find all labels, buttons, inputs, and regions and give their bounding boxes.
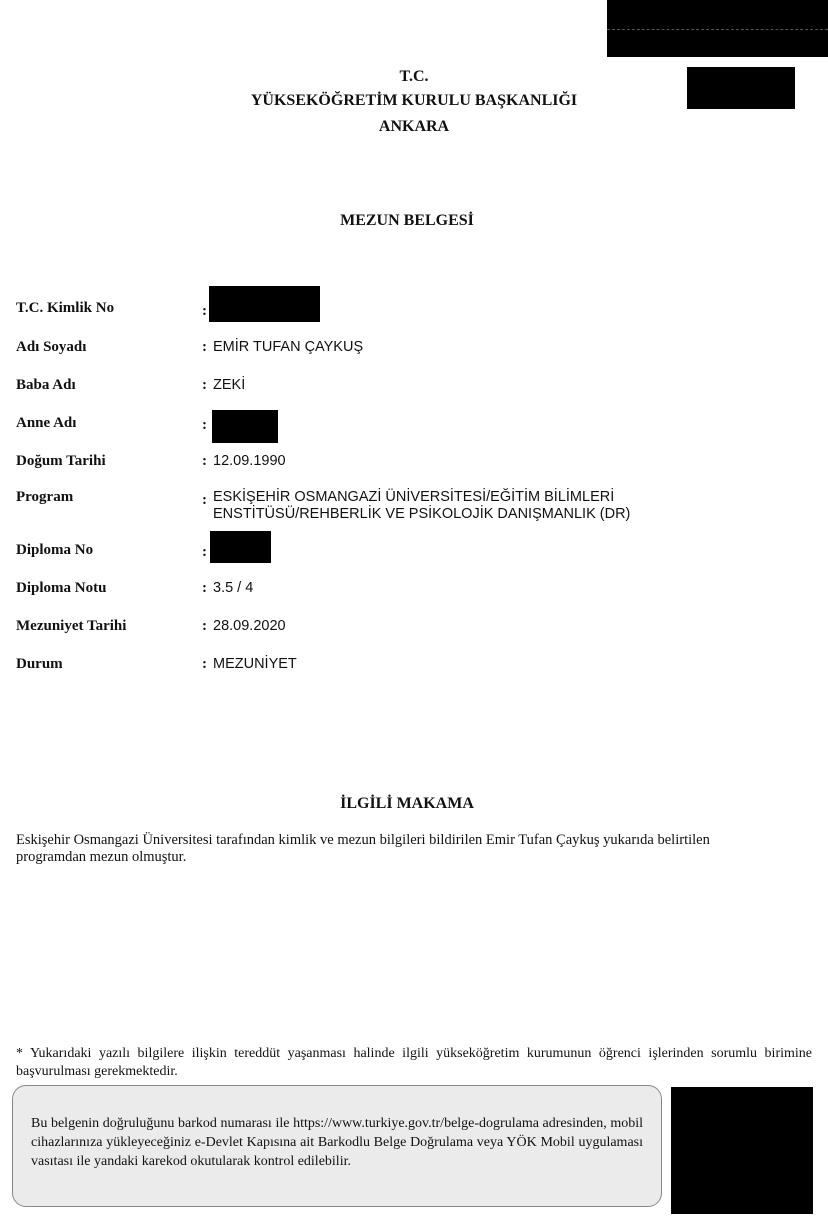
field-colon: : [202,492,207,509]
header-city: ANKARA [0,118,828,136]
field-label: Baba Adı [16,377,201,394]
field-colon: : [202,453,207,470]
field-colon: : [202,656,207,673]
field-value: 3.5 / 4 [213,580,253,596]
header-institution: YÜKSEKÖĞRETİM KURULU BAŞKANLIĞI [0,92,828,110]
field-value: MEZUNİYET [213,656,297,672]
field-value: ZEKİ [213,377,245,393]
field-colon: : [202,544,207,561]
field-value: 28.09.2020 [213,618,286,634]
field-label: Doğum Tarihi [16,453,201,470]
field-label: Program [16,489,201,506]
verification-box: Bu belgenin doğruluğunu barkod numarası … [12,1085,662,1207]
redacted-tc-kimlik [209,286,320,322]
field-label: Adı Soyadı [16,339,201,356]
field-colon: : [202,303,207,320]
field-value: EMİR TUFAN ÇAYKUŞ [213,339,363,355]
header-tc: T.C. [0,68,828,86]
field-colon: : [202,580,207,597]
field-label: Durum [16,656,201,673]
footnote: * Yukarıdaki yazılı bilgilere ilişkin te… [16,1045,812,1081]
field-value: 12.09.1990 [213,453,286,469]
field-colon: : [202,377,207,394]
document-title: MEZUN BELGESİ [0,212,814,230]
field-colon: : [202,417,207,434]
field-label: Diploma No [16,542,201,559]
section-title: İLGİLİ MAKAMA [0,795,814,813]
redacted-barcode-area [607,0,828,57]
field-colon: : [202,618,207,635]
field-label: Mezuniyet Tarihi [16,618,201,635]
redacted-diploma-no [210,531,271,563]
field-colon: : [202,339,207,356]
field-label: T.C. Kimlik No [16,300,201,317]
redacted-anne-adi [212,410,278,443]
field-label: Anne Adı [16,415,201,432]
redacted-qr-code [671,1087,813,1214]
verification-text: Bu belgenin doğruluğunu barkod numarası … [31,1114,643,1171]
field-value: ESKİŞEHİR OSMANGAZİ ÜNİVERSİTESİ/EĞİTİM … [213,489,683,523]
field-label: Diploma Notu [16,580,201,597]
body-text: Eskişehir Osmangazi Üniversitesi tarafın… [16,832,776,866]
